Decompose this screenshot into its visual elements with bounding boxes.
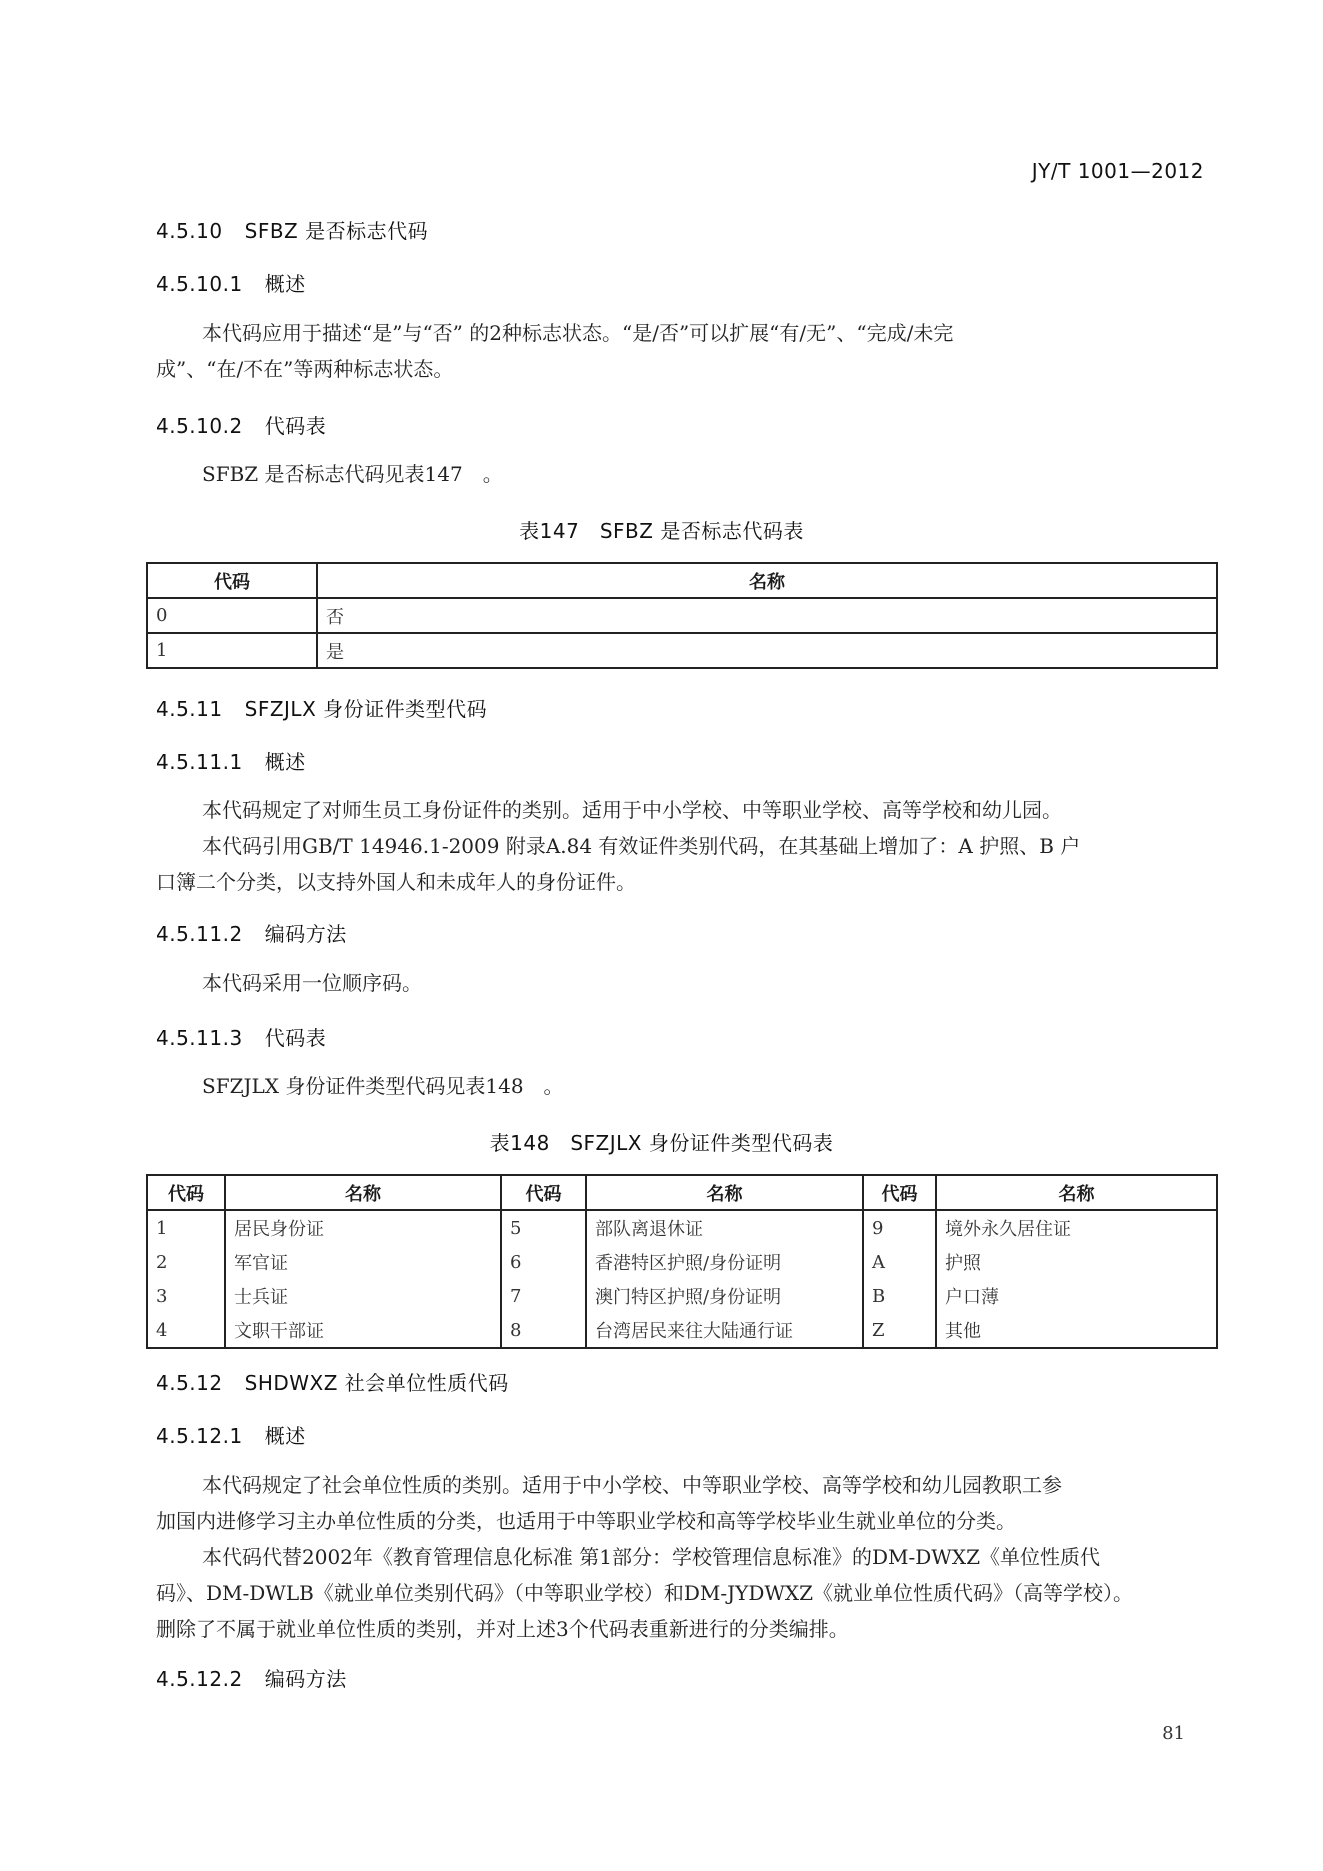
cell-name: 护照 xyxy=(936,1245,1217,1279)
cell-code: 6 xyxy=(501,1245,586,1279)
section-heading-4-5-11: 4.5.11SFZJLX 身份证件类型代码 xyxy=(156,693,487,722)
section-heading-4-5-12: 4.5.12SHDWXZ 社会单位性质代码 xyxy=(156,1367,509,1396)
section-number: 4.5.12.2 xyxy=(156,1667,243,1691)
cell-code: 2 xyxy=(147,1245,225,1279)
cell-name: 居民身份证 xyxy=(225,1210,501,1245)
table-header-row: 代码 名称 代码 名称 代码 名称 xyxy=(147,1175,1217,1210)
section-heading-4-5-10: 4.5.10SFBZ 是否标志代码 xyxy=(156,215,428,244)
document-page: JY/T 1001—2012 4.5.10SFBZ 是否标志代码 4.5.10.… xyxy=(0,0,1323,1871)
cell-name: 香港特区护照/身份证明 xyxy=(586,1245,863,1279)
cell-name: 台湾居民来往大陆通行证 xyxy=(586,1313,863,1348)
table-row: 4 文职干部证 8 台湾居民来往大陆通行证 Z 其他 xyxy=(147,1313,1217,1348)
paragraph-overview-sfbz: 本代码应用于描述“是”与“否” 的2种标志状态。“是/否”可以扩展“有/无”、“… xyxy=(156,315,1206,387)
section-number: 4.5.12 xyxy=(156,1371,223,1395)
header-name: 名称 xyxy=(936,1175,1217,1210)
section-number: 4.5.10 xyxy=(156,219,223,243)
table-header-row: 代码 名称 xyxy=(147,563,1217,598)
section-heading-4-5-11-1: 4.5.11.1概述 xyxy=(156,746,306,775)
table-row: 2 军官证 6 香港特区护照/身份证明 A 护照 xyxy=(147,1245,1217,1279)
table-row: 0 否 xyxy=(147,598,1217,633)
section-title: SFZJLX 身份证件类型代码 xyxy=(245,697,488,721)
table-row: 1 居民身份证 5 部队离退休证 9 境外永久居住证 xyxy=(147,1210,1217,1245)
cell-name: 文职干部证 xyxy=(225,1313,501,1348)
section-number: 4.5.11.3 xyxy=(156,1026,243,1050)
section-heading-4-5-12-1: 4.5.12.1概述 xyxy=(156,1420,306,1449)
paragraph-table-ref-147: SFBZ 是否标志代码见表147 。 xyxy=(156,456,1206,492)
cell-code: 9 xyxy=(863,1210,936,1245)
cell-code: 0 xyxy=(147,598,317,633)
section-number: 4.5.10.1 xyxy=(156,272,243,296)
cell-name: 士兵证 xyxy=(225,1279,501,1313)
section-number: 4.5.11 xyxy=(156,697,223,721)
cell-code: Z xyxy=(863,1313,936,1348)
cell-name: 澳门特区护照/身份证明 xyxy=(586,1279,863,1313)
section-title: 编码方法 xyxy=(265,922,347,946)
cell-code: 5 xyxy=(501,1210,586,1245)
cell-code: 4 xyxy=(147,1313,225,1348)
table-row: 3 士兵证 7 澳门特区护照/身份证明 B 户口薄 xyxy=(147,1279,1217,1313)
header-code: 代码 xyxy=(147,1175,225,1210)
table-row: 1 是 xyxy=(147,633,1217,668)
cell-code: A xyxy=(863,1245,936,1279)
cell-code: 3 xyxy=(147,1279,225,1313)
section-heading-4-5-11-3: 4.5.11.3代码表 xyxy=(156,1022,326,1051)
section-number: 4.5.10.2 xyxy=(156,414,243,438)
header-name: 名称 xyxy=(225,1175,501,1210)
cell-code: 7 xyxy=(501,1279,586,1313)
section-title: SHDWXZ 社会单位性质代码 xyxy=(245,1371,509,1395)
paragraph-encoding-method: 本代码采用一位顺序码。 xyxy=(156,965,1206,1001)
cell-name: 户口薄 xyxy=(936,1279,1217,1313)
table-caption-147: 表147 SFBZ 是否标志代码表 xyxy=(0,515,1323,544)
header-name: 名称 xyxy=(586,1175,863,1210)
cell-code: 1 xyxy=(147,633,317,668)
standard-id-header: JY/T 1001—2012 xyxy=(1032,159,1204,183)
paragraph-overview-shdwxz: 本代码规定了社会单位性质的类别。适用于中小学校、中等职业学校、高等学校和幼儿园教… xyxy=(156,1467,1206,1647)
cell-name: 否 xyxy=(317,598,1217,633)
paragraph-table-ref-148: SFZJLX 身份证件类型代码见表148 。 xyxy=(156,1068,1206,1104)
table-147: 代码 名称 0 否 1 是 xyxy=(146,562,1218,669)
table-caption-148: 表148 SFZJLX 身份证件类型代码表 xyxy=(0,1127,1323,1156)
section-title: 概述 xyxy=(265,272,306,296)
cell-name: 部队离退休证 xyxy=(586,1210,863,1245)
cell-code: B xyxy=(863,1279,936,1313)
cell-code: 8 xyxy=(501,1313,586,1348)
section-number: 4.5.12.1 xyxy=(156,1424,243,1448)
section-heading-4-5-12-2: 4.5.12.2编码方法 xyxy=(156,1663,347,1692)
cell-name: 境外永久居住证 xyxy=(936,1210,1217,1245)
section-heading-4-5-10-2: 4.5.10.2代码表 xyxy=(156,410,326,439)
section-heading-4-5-10-1: 4.5.10.1概述 xyxy=(156,268,306,297)
section-title: 概述 xyxy=(265,750,306,774)
section-number: 4.5.11.1 xyxy=(156,750,243,774)
section-number: 4.5.11.2 xyxy=(156,922,243,946)
cell-name: 军官证 xyxy=(225,1245,501,1279)
header-code: 代码 xyxy=(501,1175,586,1210)
page-number: 81 xyxy=(1162,1723,1185,1744)
header-code: 代码 xyxy=(147,563,317,598)
header-name: 名称 xyxy=(317,563,1217,598)
cell-name: 其他 xyxy=(936,1313,1217,1348)
table-148: 代码 名称 代码 名称 代码 名称 1 居民身份证 5 部队离退休证 9 境外永… xyxy=(146,1174,1218,1349)
paragraph-overview-sfzjlx: 本代码规定了对师生员工身份证件的类别。适用于中小学校、中等职业学校、高等学校和幼… xyxy=(156,792,1206,900)
section-heading-4-5-11-2: 4.5.11.2编码方法 xyxy=(156,918,347,947)
section-title: 编码方法 xyxy=(265,1667,347,1691)
cell-name: 是 xyxy=(317,633,1217,668)
section-title: 代码表 xyxy=(265,1026,327,1050)
header-code: 代码 xyxy=(863,1175,936,1210)
section-title: 概述 xyxy=(265,1424,306,1448)
section-title: SFBZ 是否标志代码 xyxy=(245,219,428,243)
section-title: 代码表 xyxy=(265,414,327,438)
cell-code: 1 xyxy=(147,1210,225,1245)
